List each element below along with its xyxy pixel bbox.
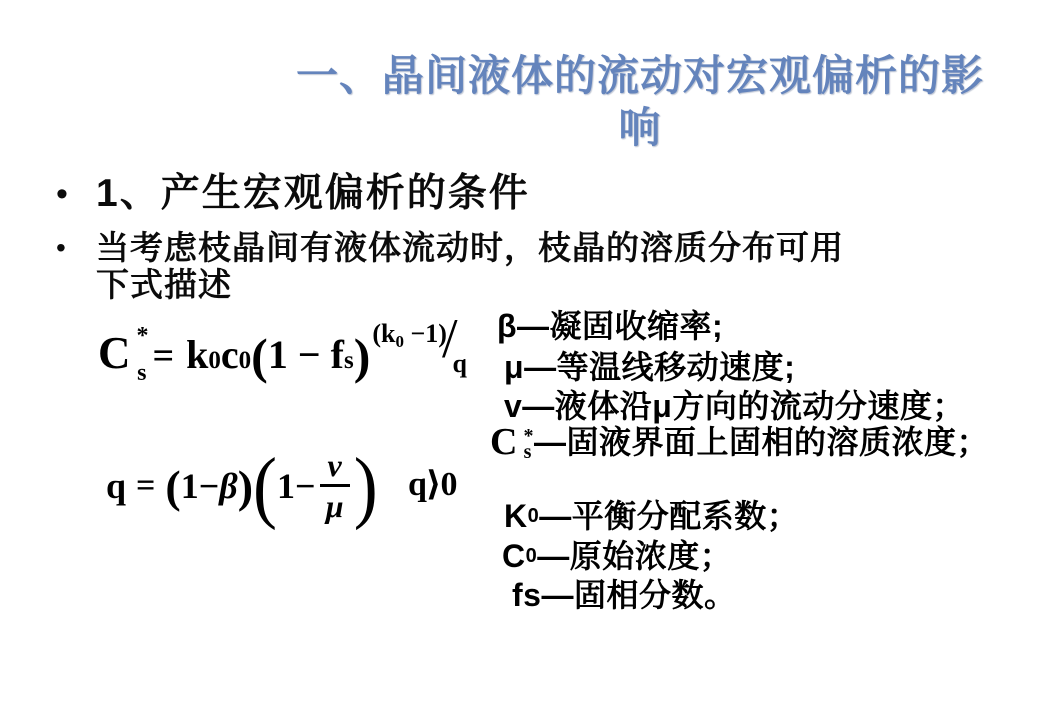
definition-c0-text: —原始浓度；: [537, 538, 732, 574]
formula1-equals: =: [153, 334, 175, 378]
definition-k0-text: —平衡分配系数；: [539, 498, 799, 534]
formula2-equals: =: [136, 467, 155, 505]
formula1-exp-denominator: q: [453, 349, 467, 379]
formula1-k: k: [186, 331, 208, 378]
formula1-exp-open: (k: [372, 319, 395, 348]
formula1-lhs-base: C: [98, 328, 131, 378]
definition-beta-text: —凝固收缩率;: [517, 308, 723, 344]
formula1-c-subscript: 0: [239, 347, 252, 375]
formula1-exp-numerator: (k0 −1): [372, 319, 447, 352]
formula2-factor2-body: 1−: [277, 465, 316, 507]
definition-beta: β—凝固收缩率;: [497, 308, 723, 344]
bullet-1-text: 1、产生宏观偏析的条件: [96, 170, 530, 218]
bullet-2-text-line2: 下式描述: [96, 266, 844, 303]
formula2-fraction-denominator: μ: [326, 487, 344, 524]
formula2-condition: q⟩0: [408, 464, 456, 504]
definition-k0: K0—平衡分配系数；: [504, 498, 799, 534]
definition-mu-text: —等温线移动速度;: [524, 349, 795, 385]
definition-fs-symbol: fs: [512, 577, 541, 613]
definition-v: v—液体沿μ方向的流动分速度；: [504, 388, 965, 424]
definition-fs: fs—固相分数。: [512, 577, 736, 613]
definition-k0-symbol: K: [504, 498, 528, 534]
definition-cs-star-subscript: s: [524, 434, 532, 470]
formula1-lhs-subscript: s: [137, 360, 146, 387]
bullet-2-marker: •: [56, 229, 96, 266]
formula1-paren-open: (: [251, 327, 268, 385]
formula2-paren2-close: ): [354, 446, 378, 527]
bullet-item-1: • 1、产生宏观偏析的条件: [56, 170, 530, 218]
page-title-line1: 一、晶间液体的流动对宏观偏析的影: [250, 50, 1030, 102]
formula1-body-subscript: s: [344, 347, 354, 375]
definition-cs-star-symbol: C * s: [490, 424, 534, 460]
bullet-1-marker: •: [56, 170, 96, 218]
formula1-exp-k-subscript: 0: [395, 332, 404, 351]
formula1-exp-close: −1): [404, 319, 447, 348]
definition-v-symbol: v: [504, 388, 522, 424]
definition-c0: C0—原始浓度；: [502, 538, 732, 574]
formula2-beta: β: [219, 465, 237, 507]
bullet-2-text: 当考虑枝晶间有液体流动时，枝晶的溶质分布可用 下式描述: [96, 229, 844, 303]
formula2-lhs: q: [106, 465, 126, 507]
formula1-k-subscript: 0: [208, 347, 221, 375]
formula1-exponent: (k0 −1) / q: [372, 319, 467, 359]
definition-v-text: —液体沿μ方向的流动分速度；: [522, 388, 965, 424]
formula2-paren2-open: (: [253, 446, 277, 527]
formula2-paren1-open: (: [165, 460, 180, 513]
formula2-fraction: v μ: [320, 448, 350, 524]
bullet-2-text-line1: 当考虑枝晶间有液体流动时，枝晶的溶质分布可用: [96, 229, 844, 266]
definition-mu-symbol: μ: [504, 349, 524, 385]
formula1-c: c: [221, 331, 239, 378]
page-title: 一、晶间液体的流动对宏观偏析的影 响: [250, 50, 1030, 154]
page-title-line2: 响: [250, 102, 1030, 154]
definition-cs-star-text: —固液界面上固相的溶质浓度；: [534, 424, 989, 460]
formula2-paren1-close: ): [238, 460, 253, 513]
definition-cs-star: C * s —固液界面上固相的溶质浓度；: [490, 424, 989, 460]
slide: 一、晶间液体的流动对宏观偏析的影 响 • 1、产生宏观偏析的条件 • 当考虑枝晶…: [0, 0, 1040, 720]
definition-k0-subscript: 0: [528, 498, 540, 534]
formula2-fraction-numerator: v: [320, 448, 350, 487]
definition-fs-text: —固相分数。: [541, 577, 736, 613]
definition-beta-symbol: β: [497, 308, 517, 344]
formula2-factor1-body: 1−: [181, 465, 220, 507]
definition-mu: μ—等温线移动速度;: [504, 349, 795, 385]
formula-solute-distribution: C * s = k 0 c 0 ( 1 − f s ) (k0 −1) / q: [98, 322, 467, 385]
formula-q-definition: q = ( 1− β ) ( 1− v μ ): [106, 440, 378, 532]
definition-c0-subscript: 0: [526, 538, 538, 574]
definition-cs-star-base: C: [490, 421, 518, 463]
formula1-lhs: C * s: [98, 327, 149, 379]
formula1-paren-close: ): [354, 327, 371, 385]
definition-c0-symbol: C: [502, 538, 526, 574]
formula1-lhs-superscript: *: [137, 323, 149, 350]
bullet-item-2: • 当考虑枝晶间有液体流动时，枝晶的溶质分布可用 下式描述: [56, 229, 844, 303]
formula1-body: 1 − f: [268, 331, 344, 378]
